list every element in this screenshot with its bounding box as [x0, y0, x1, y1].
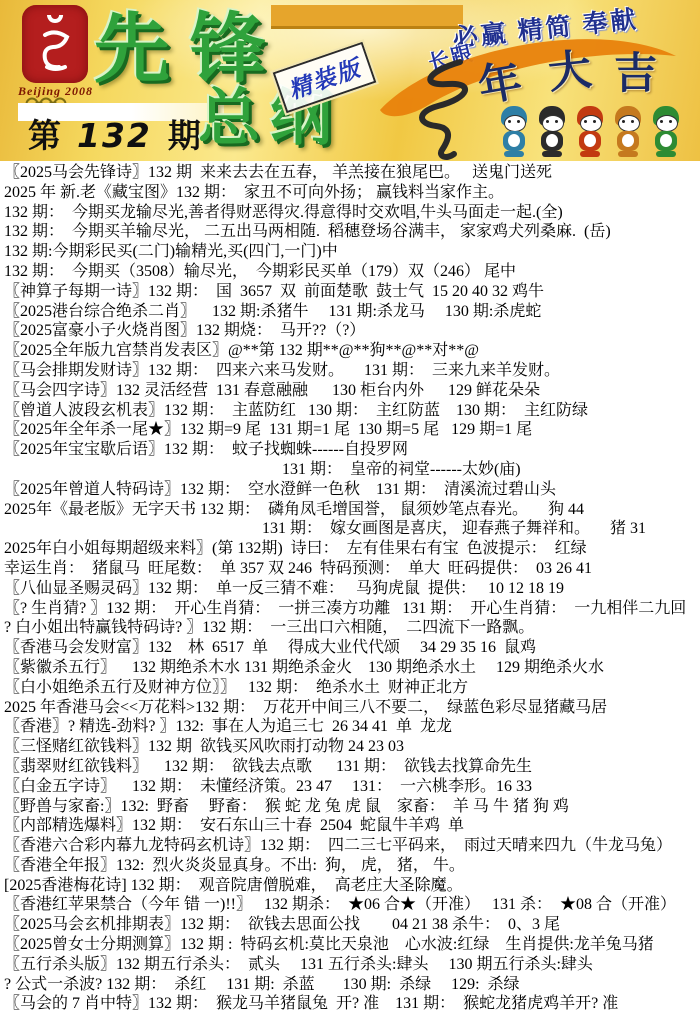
text-line: [2025香港梅花诗] 132 期： 观音院唐僧脱难， 高老庄大圣除魔。 [4, 876, 700, 896]
text-line: 132 期： 今期买羊输尽光， 二五出马两相随. 稻穗登场谷满丰， 家家鸡犬列桑… [4, 222, 700, 242]
text-line: 2025年白小姐每期超级来料〗(第 132期) 诗曰： 左有佳果右有宝 色波提示… [4, 539, 700, 559]
text-line: 132 期:今期彩民买(二门)输精光,买(四门,一门)中 [4, 242, 700, 262]
issue-value: 132 [77, 116, 152, 155]
tip-sheet-page: Beijing 2008 第 132 期 先锋 总纲 精装版 必赢 精简 奉献 … [0, 0, 700, 1027]
text-line: 131 期： 皇帝的祠堂------太妙(庙) [4, 460, 700, 480]
mascot-huanhuan-icon [574, 106, 606, 158]
text-line: 〖2025马会玄机排期表〗132 期： 欲钱去思面公找 04 21 38 杀牛：… [4, 915, 700, 935]
text-line: 〖香港全年报〗132: 烈火炎炎显真身。不出: 狗， 虎， 猪， 牛。 [4, 856, 700, 876]
text-line: 〖野兽与家畜:〗132: 野畜 野畜： 猴 蛇 龙 兔 虎 鼠 家畜： 羊 马 … [4, 797, 700, 817]
text-line: 〖白金五字诗〗 132 期： 未懂经济策。23 47 131： 一六桃李形。16… [4, 777, 700, 797]
text-line: 〖翡翠财红欲钱料〗 132 期： 欲钱去点歌 131 期： 欲钱去找算命先生 [4, 757, 700, 777]
text-line: 〖马会的 7 肖中特〗132 期： 猴龙马羊猪鼠兔 开? 准 131 期： 猴蛇… [4, 994, 700, 1014]
text-line: 2025年《最老版》无字天书 132 期： 磷角凤毛增国誉， 鼠须妙笔点春光。 … [4, 500, 700, 520]
text-line: 〖内部精选爆料〗132 期： 安石东山三十春 2504 蛇鼠牛羊鸡 单 [4, 816, 700, 836]
text-line: 131 期： 嫁女画图是喜庆， 迎春燕子舞祥和。 猪 31 [4, 519, 700, 539]
mascot-jingjing-icon [536, 106, 568, 158]
mascot-yingying-icon [612, 106, 644, 158]
text-line: 〖2025港台综合绝杀二肖〗 132 期:杀猪牛 131 期:杀龙马 130 期… [4, 302, 700, 322]
text-line: 〖八仙显圣赐灵码〗132 期： 单一反三猜不难： 马狗虎鼠 提供： 10 12 … [4, 579, 700, 599]
text-line: 幸运生肖： 猪鼠马 旺尾数： 单 357 双 246 特码预测： 单大 旺码提供… [4, 559, 700, 579]
masthead: Beijing 2008 第 132 期 先锋 总纲 精装版 必赢 精简 奉献 … [0, 0, 700, 161]
mascot-beibei-icon [498, 106, 530, 158]
text-line: 〖三怪赌红欲钱料〗132 期 欲钱买风吹雨打动物 24 23 03 [4, 737, 700, 757]
text-line: 〖香港马会发财富〗132 林 6517 单 得成大业代代颂 34 29 35 1… [4, 638, 700, 658]
banner-char-3: 吉 [614, 40, 657, 101]
issue-prefix: 第 [28, 110, 61, 157]
page-title-main: 先锋 [94, 12, 286, 88]
text-line: ? 白小姐出特赢钱特码诗? 〗132 期： 一三出口六相随， 二四流下一路飘。 [4, 618, 700, 638]
fuwa-mascots-row [498, 106, 682, 158]
text-line: 〖五行杀头版〗132 期五行杀头： 贰头 131 五行杀头:肆头 130 期五行… [4, 955, 700, 975]
banner-char-2: 大 [545, 36, 594, 101]
text-line: 132 期： 今期买（3508）输尽光， 今期彩民买单（179）双（246） 尾… [4, 262, 700, 282]
text-line: ? 公式一杀波? 132 期： 杀红 131 期: 杀蓝 130 期: 杀绿 1… [4, 975, 700, 995]
text-line: 132 期： 今期买龙输尽光,善者得财恶得灾.得意得时交欢唱,牛头马面走一起.(… [4, 203, 700, 223]
issue-suffix: 期 [168, 110, 201, 157]
body-lines: 〖2025马会先锋诗〗132 期 来来去去在五春， 羊羔接在狼尾巴。 送鬼门送死… [0, 163, 700, 1014]
text-line: 〖2025年全年杀一尾★〗132 期=9 尾 131 期=1 尾 130 期=5… [4, 420, 700, 440]
text-line: 〖香港六合彩内幕九龙特码玄机诗〗132 期： 四二三七平码来， 雨过天晴来四九（… [4, 836, 700, 856]
calligraphy-zodiac-icon [408, 58, 488, 161]
text-line: 〖神算子每期一诗〗132 期： 国 3657 双 前面楚歌 鼓士气 15 20 … [4, 282, 700, 302]
text-line: 〖2025富豪小子火烧肖图〗132 期烧： 马开??（?） [4, 321, 700, 341]
mascot-nini-icon [650, 106, 682, 158]
text-line: 〖香港〗? 精选-劲料? 〗132: 事在人为追三七 26 34 41 单 龙龙 [4, 717, 700, 737]
text-line: 〖2025年宝宝歇后语〗132 期： 蚊子找蜘蛛------自投罗网 [4, 440, 700, 460]
dancing-figure-icon [35, 15, 75, 73]
text-line: 〖2025全年版九宫禁肖发表区〗@**第 132 期**@**狗**@**对**… [4, 341, 700, 361]
text-line: 2025 年 新.老《藏宝图》132 期： 家丑不可向外扬； 赢钱料当家作主。 [4, 183, 700, 203]
text-line: 〖马会四字诗〗132 灵活经营 131 春意融融 130 柜台内外 129 鲜花… [4, 381, 700, 401]
text-line: 〖2025曾女士分期测算〗132 期 : 特码玄机:莫比天泉池 心水波:红绿 生… [4, 935, 700, 955]
text-line: 〖2025年曾道人特码诗〗132 期： 空水澄鲜一色秋 131 期： 清溪流过碧… [4, 480, 700, 500]
text-line: 〖香港红苹果禁合（今年 错 一)!!〗 132 期杀： ★06 合★（开准） 1… [4, 895, 700, 915]
text-line: 〖紫徽杀五行〗 132 期绝杀木水 131 期绝杀金火 130 期绝杀水土 12… [4, 658, 700, 678]
text-line: 〖白小姐绝杀五行及财神方位〗〗 132 期： 绝杀水土 财神正北方 [4, 678, 700, 698]
text-line: 〖马会排期发财诗〗132 期： 四来六来马发财。 131 期： 三来九来羊发财。 [4, 361, 700, 381]
text-line: 〖? 生肖猜? 〗132 期： 开心生肖猜： 一拼三凑方功離 131 期： 开心… [4, 599, 700, 619]
beijing-2008-emblem-icon [22, 5, 88, 83]
text-line: 〖2025马会先锋诗〗132 期 来来去去在五春， 羊羔接在狼尾巴。 送鬼门送死 [4, 163, 700, 183]
text-line: 〖曾道人波段玄机表〗132 期： 主蓝防红 130 期： 主红防蓝 130 期：… [4, 401, 700, 421]
text-line: 2025 年香港马会<<万花料>132 期： 万花开中间三八不要二， 绿蓝色彩尽… [4, 698, 700, 718]
